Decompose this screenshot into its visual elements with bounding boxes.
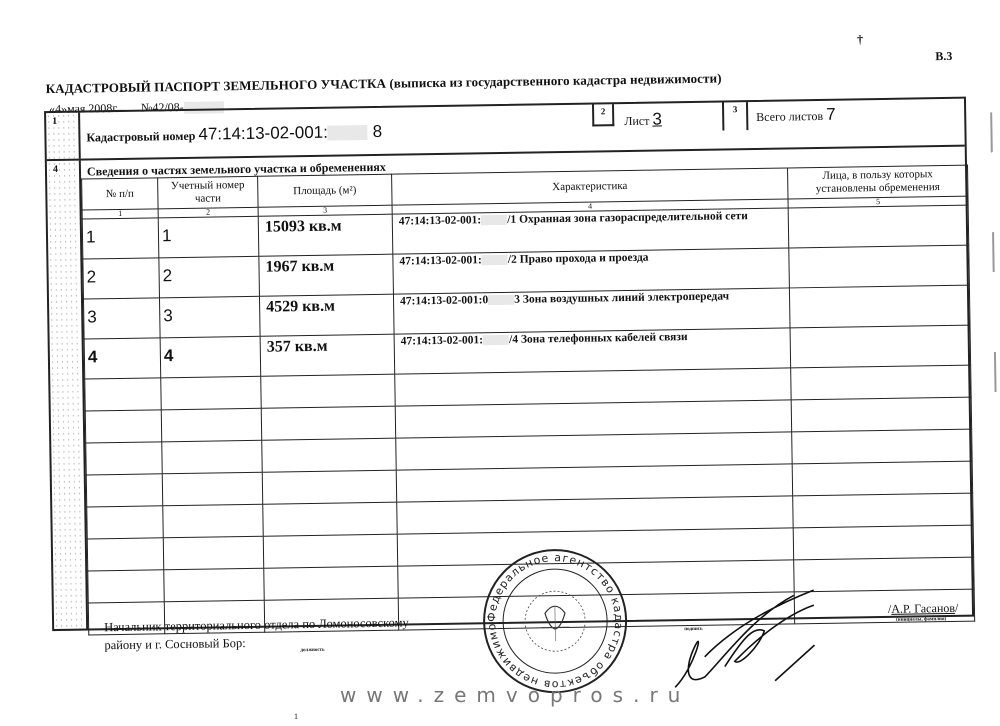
cadastral-number-suffix: 8 (372, 122, 382, 141)
row-number: 3 (83, 298, 160, 339)
document-sheet: † В.3 КАДАСТРОВЫЙ ПАСПОРТ ЗЕМЕЛЬНОГО УЧА… (0, 0, 1000, 726)
desc-prefix: 47:14:13-02-001: (399, 214, 482, 227)
column-header: Площадь (м²) (258, 174, 392, 207)
signature-icon (664, 585, 826, 697)
part-description: 47:14:13-02-001:x/4 Зона телефонных кабе… (394, 328, 791, 374)
table-cell-empty (261, 374, 395, 408)
desc-prefix: 47:14:13-02-001: (401, 334, 484, 347)
table-cell-empty (161, 408, 261, 442)
scan-edge-marks (990, 112, 997, 432)
cadastral-number-value: 47:14:13-02-001:x 8 (198, 122, 382, 144)
position-caption: должность (301, 648, 325, 653)
part-number: 3 (159, 296, 260, 338)
table-cell-empty (164, 568, 264, 602)
redacted-area: x (483, 335, 509, 345)
position-line-2: району и г. Сосновый Бор: (104, 631, 409, 654)
table-cell-empty (87, 506, 163, 539)
sheet-value: 3 (652, 109, 662, 128)
svg-text:Федеральное агентство кадастра: Федеральное агентство кадастра объектов … (480, 546, 626, 692)
table-cell-empty (264, 566, 398, 600)
stamp-text: Федеральное агентство кадастра объектов … (480, 546, 626, 692)
table-cell-empty (793, 493, 973, 528)
field-number: 2 (592, 104, 614, 126)
redacted-area: x (482, 255, 508, 265)
table-cell-empty (263, 502, 397, 536)
scan-mark: 1 (294, 712, 298, 721)
table-cell-empty (791, 365, 971, 400)
desc-text: /4 Зона телефонных кабелей связи (509, 331, 688, 346)
row-number: 4 (84, 338, 161, 379)
column-header: Учетный номер части (158, 176, 258, 209)
table-cell-empty (261, 406, 395, 440)
row-number: 2 (83, 258, 160, 299)
total-sheets-value: 7 (826, 105, 836, 124)
part-description: 47:14:13-02-001:x/1 Охранная зона газора… (392, 208, 789, 254)
desc-prefix: 47:14:13-02-001: (399, 254, 482, 267)
table-cell-empty (162, 440, 262, 474)
signer-name: А.Р. Гасанов (891, 601, 955, 616)
sheet-label: Лист (624, 114, 649, 128)
signer-name-field: /А.Р. Гасанов/ (888, 601, 959, 617)
table-cell-empty (792, 429, 972, 464)
table-cell-empty (162, 472, 262, 506)
watermark: www.zemvopros.ru (340, 683, 690, 707)
table-cell-empty (262, 438, 396, 472)
document-title: КАДАСТРОВЫЙ ПАСПОРТ ЗЕМЕЛЬНОГО УЧАСТКА (… (46, 70, 722, 97)
column-header: Лица, в пользу которых установлены обрем… (788, 165, 968, 199)
table-cell-empty (791, 397, 971, 432)
part-area: 1967 кв.м (259, 254, 394, 296)
desc-prefix: 47:14:13-02-001:0 (400, 294, 488, 307)
part-description: 47:14:13-02-001:x/2 Право прохода и прое… (393, 248, 790, 294)
table-cell-empty (86, 442, 162, 475)
row-number: 1 (82, 218, 159, 259)
encumbrance-holder (788, 205, 969, 248)
desc-text: /2 Право прохода и проезда (508, 252, 649, 266)
table-cell-empty (263, 534, 397, 568)
total-sheets-label: Всего листов (756, 109, 823, 124)
encumbrance-holder (789, 285, 970, 328)
table-cell-empty (85, 378, 161, 411)
cadastral-number-label: Кадастровый номер (86, 129, 195, 145)
redacted-area: x (488, 295, 514, 305)
table-cell-empty (262, 470, 396, 504)
part-area: 15093 кв.м (258, 214, 393, 256)
redacted-area: x (481, 215, 507, 225)
column-header: № п/п (82, 178, 158, 210)
signer-position: Начальник территориального отдела по Лом… (104, 613, 409, 654)
desc-text: /1 Охранная зона газораспределительной с… (507, 210, 748, 226)
part-number: 4 (160, 336, 261, 378)
scanned-document-page: † В.3 КАДАСТРОВЫЙ ПАСПОРТ ЗЕМЕЛЬНОГО УЧА… (0, 0, 1000, 726)
sheet-field: Лист 3 (624, 109, 662, 130)
cadastral-number-field: Кадастровый номер47:14:13-02-001:x 8 (86, 122, 382, 147)
table-cell-empty (88, 570, 164, 603)
sheet-code: В.3 (935, 49, 952, 64)
field-number: 1 (46, 113, 81, 160)
desc-text: 3 Зона воздушных линий электропередач (514, 290, 729, 305)
table-cell-empty (792, 461, 972, 496)
encumbrance-holder (789, 245, 970, 288)
table-cell-empty (85, 410, 161, 443)
part-number: 2 (159, 256, 260, 298)
part-description: 47:14:13-02-001:0x3 Зона воздушных линий… (393, 288, 790, 334)
encumbrance-holder (790, 325, 971, 368)
table-cell-empty (86, 474, 162, 507)
signer-caption: (инициалы, фамилия) (896, 617, 946, 623)
part-number: 1 (158, 216, 259, 258)
table-cell-empty (161, 376, 261, 410)
corner-mark: † (857, 32, 863, 47)
table-cell-empty (793, 525, 973, 560)
table-cell-empty (163, 504, 263, 538)
part-area: 4529 кв.м (259, 294, 394, 336)
redacted-area: x (328, 125, 368, 141)
table-cell-empty (87, 538, 163, 571)
part-area: 357 кв.м (260, 334, 395, 376)
table-cell-empty (163, 536, 263, 570)
total-sheets-field: Всего листов 7 (756, 105, 836, 126)
cadastral-number-visible: 47:14:13-02-001: (198, 123, 328, 144)
official-stamp-icon: Федеральное агентство кадастра объектов … (480, 546, 630, 696)
field-number: 3 (722, 102, 748, 130)
